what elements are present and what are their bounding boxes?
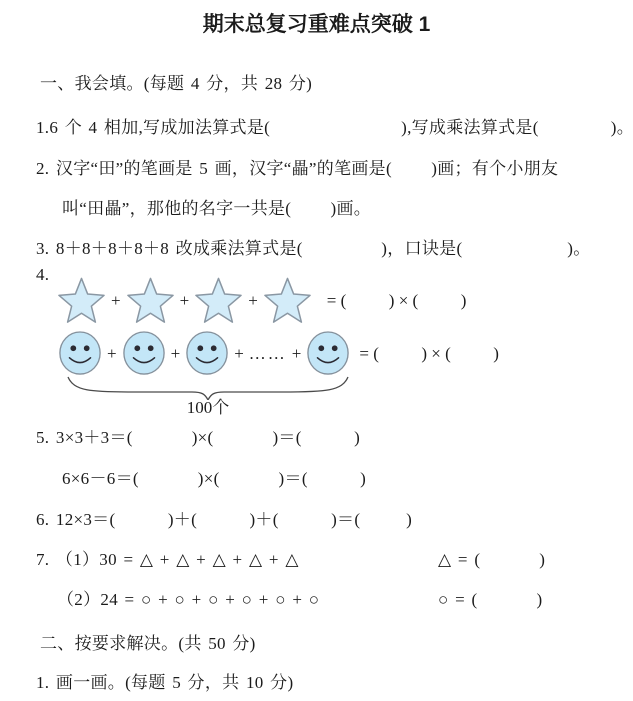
question-4-smiley-equation: = ( ) × ( ): [359, 344, 499, 364]
smiley-icon: [58, 331, 102, 377]
question-1: 1.6 个 4 相加,写成加法算式是( ),写成乘法算式是( )。: [36, 117, 633, 139]
smiley-icon: [306, 331, 350, 377]
question-7-line-2-answer: ○ = ( ): [438, 589, 542, 611]
question-6: 6. 12×3＝( )＋( )＋( )＝( ): [36, 509, 412, 531]
plus-sign: +: [292, 344, 302, 364]
plus-sign: +: [107, 344, 117, 364]
section-two-question-1: 1. 画一画。(每题 5 分，共 10 分): [36, 672, 293, 694]
worksheet-page: 期末总复习重难点突破 1 一、我会填。(每题 4 分，共 28 分) 1.6 个…: [0, 0, 633, 701]
section-two-heading: 二、按要求解决。(共 50 分): [40, 633, 256, 655]
star-icon: [58, 276, 105, 326]
plus-sign: +: [180, 291, 190, 311]
smiley-icon: [185, 331, 229, 377]
star-icon: [195, 276, 242, 326]
brace-count-label: 100个: [66, 393, 350, 418]
question-5-line-2: 6×6－6＝( )×( )＝( ): [62, 468, 366, 490]
question-4-star-equation: = ( ) × ( ): [327, 291, 467, 311]
question-4-smiley-row: + + + …… + = ( ) × ( ): [58, 331, 499, 377]
question-7-line-1: 7. （1）30 = △ + △ + △ + △ + △: [36, 549, 299, 571]
ellipsis-dots: ……: [249, 344, 287, 364]
question-4-star-row: + + + = ( ) × ( ): [58, 276, 466, 326]
question-2-line-1: 2. 汉字“田”的笔画是 5 画，汉字“畾”的笔画是( )画；有个小朋友: [36, 158, 558, 180]
section-one-heading: 一、我会填。(每题 4 分，共 28 分): [40, 73, 312, 95]
question-4-number: 4.: [36, 264, 49, 286]
plus-sign: +: [111, 291, 121, 311]
star-icon: [264, 276, 311, 326]
plus-sign: +: [234, 344, 244, 364]
smiley-icon: [122, 331, 166, 377]
plus-sign: +: [171, 344, 181, 364]
question-5-line-1: 5. 3×3＋3＝( )×( )＝( ): [36, 427, 360, 449]
plus-sign: +: [248, 291, 258, 311]
star-icon: [127, 276, 174, 326]
question-7-line-2: （2）24 = ○ + ○ + ○ + ○ + ○ + ○: [57, 589, 319, 611]
page-title: 期末总复习重难点突破 1: [0, 8, 633, 38]
question-3: 3. 8＋8＋8＋8＋8 改成乘法算式是( )，口诀是( )。: [36, 238, 591, 260]
question-2-line-2: 叫“田畾”，那他的名字一共是( )画。: [62, 198, 371, 220]
question-7-line-1-answer: △ = ( ): [438, 549, 545, 571]
